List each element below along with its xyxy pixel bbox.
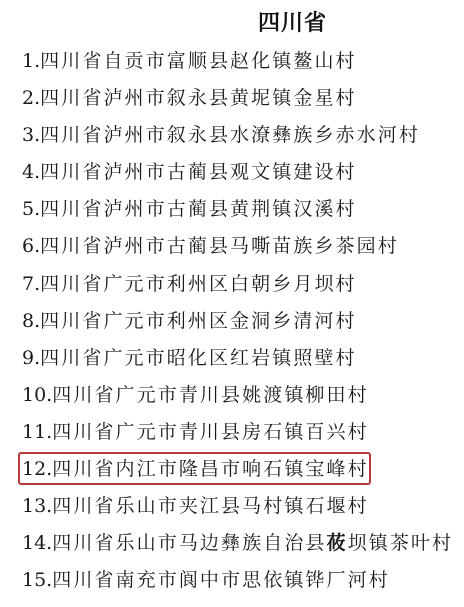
item-number: 5.	[22, 198, 40, 220]
item-text: 四川省泸州市叙永县水潦彝族乡赤水河村	[40, 124, 420, 146]
list-item: 7.四川省广元市利州区白朝乡月坝村	[22, 270, 453, 307]
item-number: 2.	[22, 87, 40, 109]
item-text: 四川省泸州市叙永县黄坭镇金星村	[40, 87, 357, 109]
item-text: 四川省广元市利州区金洞乡清河村	[40, 310, 357, 332]
list-item: 13.四川省乐山市夹江县马村镇石堰村	[22, 492, 453, 529]
item-text: 四川省泸州市古蔺县黄荆镇汉溪村	[40, 198, 357, 220]
list-item: 3.四川省泸州市叙永县水潦彝族乡赤水河村	[22, 121, 453, 158]
item-text: 四川省内江市隆昌市响石镇宝峰村	[52, 458, 369, 480]
village-list: 1.四川省自贡市富顺县赵化镇鳌山村 2.四川省泸州市叙永县黄坭镇金星村 3.四川…	[22, 47, 453, 603]
item-number: 8.	[22, 310, 40, 332]
item-number: 3.	[22, 124, 40, 146]
list-item: 2.四川省泸州市叙永县黄坭镇金星村	[22, 84, 453, 121]
list-item: 1.四川省自贡市富顺县赵化镇鳌山村	[22, 47, 453, 84]
list-item: 9.四川省广元市昭化区红岩镇照壁村	[22, 344, 453, 381]
list-item: 5.四川省泸州市古蔺县黄荆镇汉溪村	[22, 195, 453, 232]
item-text: 四川省泸州市古蔺县马嘶苗族乡茶园村	[40, 235, 399, 257]
list-item: 4.四川省泸州市古蔺县观文镇建设村	[22, 158, 453, 195]
item-text: 四川省广元市青川县姚渡镇柳田村	[52, 384, 369, 406]
item-number: 14.	[22, 532, 52, 554]
item-text: 四川省泸州市古蔺县观文镇建设村	[40, 161, 357, 183]
item-text: 四川省自贡市富顺县赵化镇鳌山村	[40, 50, 357, 72]
list-item: 14.四川省乐山市马边彝族自治县莜坝镇茶叶村	[22, 529, 453, 566]
item-number: 12.	[22, 458, 52, 480]
item-text: 四川省广元市昭化区红岩镇照壁村	[40, 347, 357, 369]
item-text: 四川省广元市青川县房石镇百兴村	[52, 421, 369, 443]
list-item-highlighted: 12.四川省内江市隆昌市响石镇宝峰村	[22, 455, 453, 492]
list-item: 6.四川省泸州市古蔺县马嘶苗族乡茶园村	[22, 232, 453, 269]
item-number: 15.	[22, 569, 52, 591]
item-number: 13.	[22, 495, 52, 517]
list-item: 15.四川省南充市阆中市思依镇铧厂河村	[22, 566, 453, 603]
list-item: 11.四川省广元市青川县房石镇百兴村	[22, 418, 453, 455]
item-text: 四川省乐山市夹江县马村镇石堰村	[52, 495, 369, 517]
item-text: 坝镇茶叶村	[348, 532, 454, 554]
page-title: 四川省	[258, 8, 327, 38]
item-text-bold-char: 莜	[327, 532, 348, 554]
item-text: 四川省广元市利州区白朝乡月坝村	[40, 273, 357, 295]
item-number: 11.	[22, 421, 52, 443]
item-number: 7.	[22, 273, 40, 295]
item-number: 6.	[22, 235, 40, 257]
item-number: 4.	[22, 161, 40, 183]
item-text: 四川省乐山市马边彝族自治县	[52, 532, 326, 554]
list-item: 10.四川省广元市青川县姚渡镇柳田村	[22, 381, 453, 418]
item-text: 四川省南充市阆中市思依镇铧厂河村	[52, 569, 390, 591]
item-number: 9.	[22, 347, 40, 369]
list-item: 8.四川省广元市利州区金洞乡清河村	[22, 307, 453, 344]
item-number: 10.	[22, 384, 52, 406]
item-number: 1.	[22, 50, 40, 72]
